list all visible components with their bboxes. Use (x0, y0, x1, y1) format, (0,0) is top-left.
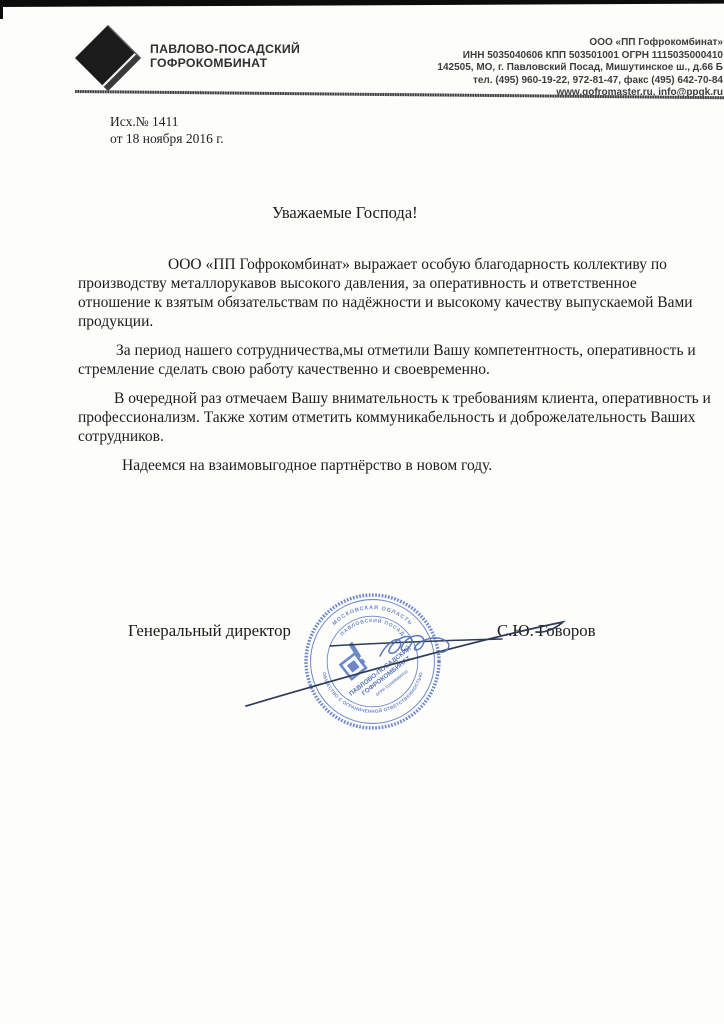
paragraph-line: стремление сделать свою работу качествен… (78, 360, 700, 379)
paragraph-line: отношение к взятым обязательствам по над… (78, 293, 700, 312)
paragraph: За период нашего сотрудничества,мы отмет… (78, 341, 700, 379)
paragraph-line: ООО «ПП Гофрокомбинат» выражает особую б… (78, 255, 700, 274)
scanned-letter-page: ПАВЛОВО-ПОСАДСКИЙ ГОФРОКОМБИНАТ ООО «ПП … (0, 0, 724, 1024)
company-name-line1: ПАВЛОВО-ПОСАДСКИЙ (150, 43, 300, 57)
paragraph-line: За период нашего сотрудничества,мы отмет… (78, 341, 700, 360)
company-inn-kpp-ogrn: ИНН 5035040606 КПП 503501001 ОГРН 111503… (437, 50, 723, 63)
handwritten-signature (230, 606, 580, 721)
company-address: 142505, МО, г. Павловский Посад, Мишутин… (437, 62, 723, 75)
paragraph-line: профессионализм. Также хотим отметить ко… (78, 408, 700, 427)
company-logo-diamond-icon (74, 25, 144, 97)
paragraph: Надеемся на взаимовыгодное партнёрство в… (78, 456, 700, 475)
scan-artifact-top-bar (0, 0, 724, 7)
paragraph: ООО «ПП Гофрокомбинат» выражает особую б… (78, 255, 700, 331)
salutation: Уважаемые Господа! (272, 203, 418, 223)
letter-date: от 18 ноября 2016 г. (110, 130, 224, 147)
signature-loops-stroke (380, 636, 449, 656)
letter-body: ООО «ПП Гофрокомбинат» выражает особую б… (78, 255, 700, 485)
company-details: ООО «ПП Гофрокомбинат» ИНН 5035040606 КП… (437, 37, 723, 100)
reference-block: Исх.№ 1411 от 18 ноября 2016 г. (110, 113, 224, 147)
company-phones: тел. (495) 960-19-22, 972-81-47, факс (4… (437, 75, 723, 88)
company-name-line2: ГОФРОКОМБИНАТ (150, 57, 300, 71)
scan-artifact-left-edge (0, 0, 3, 19)
paragraph-line: продукции. (78, 312, 700, 331)
paragraph-line: производству металлорукавов высокого дав… (78, 274, 700, 293)
paragraph-line: Надеемся на взаимовыгодное партнёрство в… (78, 456, 700, 475)
paragraph-line: сотрудников. (78, 427, 700, 446)
paragraph: В очередной раз отмечаем Вашу внимательн… (78, 389, 700, 446)
outgoing-number: Исх.№ 1411 (110, 113, 224, 130)
paragraph-line: В очередной раз отмечаем Вашу внимательн… (78, 389, 700, 408)
signature-long-stroke (246, 622, 563, 706)
company-name: ПАВЛОВО-ПОСАДСКИЙ ГОФРОКОМБИНАТ (150, 43, 300, 70)
company-legal-name: ООО «ПП Гофрокомбинат» (437, 37, 723, 50)
